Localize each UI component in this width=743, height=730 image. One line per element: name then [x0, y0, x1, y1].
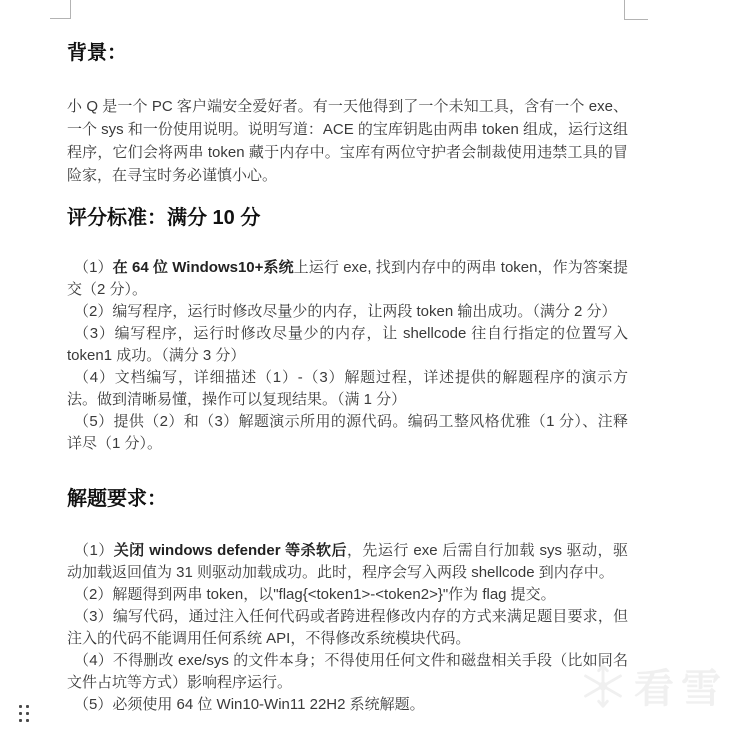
heading-requirements: 解题要求：	[67, 486, 628, 513]
drag-handle[interactable]	[19, 705, 29, 722]
drag-handle-dot	[26, 719, 29, 722]
bold-text: 在 64 位 Windows10+系统	[113, 259, 294, 276]
drag-handle-dot	[19, 719, 22, 722]
list-item: （1）在 64 位 Windows10+系统上运行 exe, 找到内存中的两串 …	[67, 257, 628, 301]
page-margin-mark-top-left	[50, 18, 71, 19]
page-margin-mark-top-right	[624, 19, 648, 20]
list-item: （1）关闭 windows defender 等杀软后，先运行 exe 后需自行…	[67, 540, 628, 584]
section-scoring: 评分标准：满分 10 分（1）在 64 位 Windows10+系统上运行 ex…	[67, 205, 628, 455]
list-item: （3）编写代码，通过注入任何代码或者跨进程修改内存的方式来满足题目要求，但注入的…	[67, 606, 628, 650]
list-item: （2）解题得到两串 token，以"flag{<token1>-<token2>…	[67, 584, 628, 606]
list-item: （2）编写程序，运行时修改尽量少的内存，让两段 token 输出成功。（满分 2…	[67, 301, 628, 323]
list-item: （5）提供（2）和（3）解题演示所用的源代码。编码工整风格优雅（1 分）、注释详…	[67, 411, 628, 455]
text-run: 小 Q 是一个 PC 客户端安全爱好者。有一天他得到了一个未知工具，含有一个 e…	[67, 98, 628, 184]
section-background: 背景：小 Q 是一个 PC 客户端安全爱好者。有一天他得到了一个未知工具，含有一…	[67, 40, 628, 187]
page-margin-mark-top-right	[624, 0, 625, 19]
page-margin-mark-top-left	[70, 0, 71, 18]
text-run: （1）	[74, 259, 113, 276]
section-requirements: 解题要求：（1）关闭 windows defender 等杀软后，先运行 exe…	[67, 486, 628, 716]
bold-text: 关闭 windows defender 等杀软后	[114, 542, 347, 559]
document-page: 背景：小 Q 是一个 PC 客户端安全爱好者。有一天他得到了一个未知工具，含有一…	[0, 0, 743, 730]
document-content: 背景：小 Q 是一个 PC 客户端安全爱好者。有一天他得到了一个未知工具，含有一…	[67, 40, 628, 716]
text-run: （3）编写程序，运行时修改尽量少的内存，让 shellcode 往自行指定的位置…	[67, 325, 628, 364]
drag-handle-dot	[19, 705, 22, 708]
list-item: （5）必须使用 64 位 Win10-Win11 22H2 系统解题。	[67, 694, 628, 716]
drag-handle-dot	[26, 705, 29, 708]
paragraph: 小 Q 是一个 PC 客户端安全爱好者。有一天他得到了一个未知工具，含有一个 e…	[67, 95, 628, 187]
text-run: （5）必须使用 64 位 Win10-Win11 22H2 系统解题。	[74, 696, 425, 713]
text-run: （4）文档编写，详细描述（1）-（3）解题过程，详述提供的解题程序的演示方法。做…	[67, 369, 628, 408]
text-run: （2）解题得到两串 token，以"flag{<token1>-<token2>…	[74, 586, 556, 603]
list-item: （4）文档编写，详细描述（1）-（3）解题过程，详述提供的解题程序的演示方法。做…	[67, 367, 628, 411]
list-item: （3）编写程序，运行时修改尽量少的内存，让 shellcode 往自行指定的位置…	[67, 323, 628, 367]
list-item: （4）不得删改 exe/sys 的文件本身；不得使用任何文件和磁盘相关手段（比如…	[67, 650, 628, 694]
text-run: （3）编写代码，通过注入任何代码或者跨进程修改内存的方式来满足题目要求，但注入的…	[67, 608, 628, 647]
text-run: （1）	[74, 542, 114, 559]
text-run: （4）不得删改 exe/sys 的文件本身；不得使用任何文件和磁盘相关手段（比如…	[67, 652, 628, 691]
watermark-text: 看雪	[634, 669, 728, 709]
text-run: （2）编写程序，运行时修改尽量少的内存，让两段 token 输出成功。（满分 2…	[74, 303, 617, 320]
text-run: （5）提供（2）和（3）解题演示所用的源代码。编码工整风格优雅（1 分）、注释详…	[67, 413, 628, 452]
heading-background: 背景：	[67, 40, 628, 67]
drag-handle-dot	[19, 712, 22, 715]
heading-scoring: 评分标准：满分 10 分	[67, 205, 628, 232]
drag-handle-dot	[26, 712, 29, 715]
